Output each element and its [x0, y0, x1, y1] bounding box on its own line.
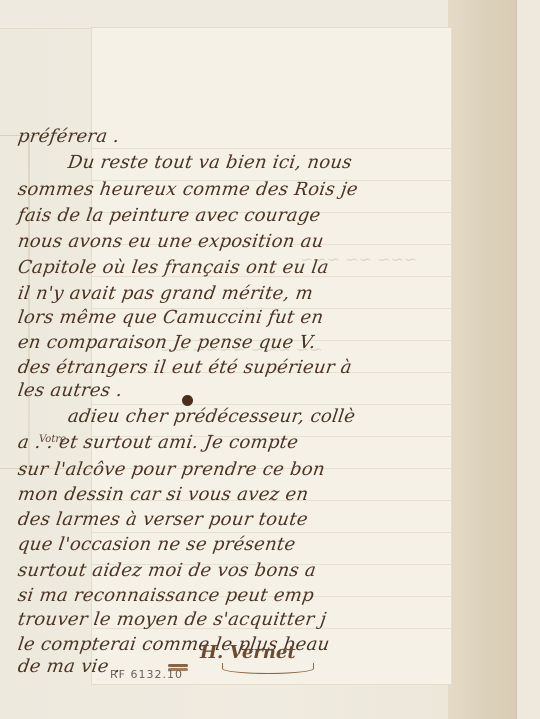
- letter-line: Du reste tout va bien ici, nous: [67, 152, 354, 173]
- letter-line: lors même que Camuccini fut en: [17, 307, 325, 328]
- inventory-number-stamp: RF 6132.10: [110, 668, 183, 681]
- letter-line: des étrangers il eut été supérieur à: [17, 357, 354, 378]
- letter-line: Capitole où les français ont eu la: [17, 257, 331, 278]
- letter-line: nous avons eu une exposition au: [17, 231, 326, 252]
- closing-dash-mark: [168, 664, 188, 667]
- letter-line: en comparaison Je pense que V.: [17, 332, 318, 353]
- letter-line: sommes heureux comme des Rois je: [17, 179, 360, 200]
- letter-line: sur l'alcôve pour prendre ce bon: [17, 459, 327, 480]
- letter-line: surtout aidez moi de vos bons a: [17, 560, 318, 581]
- letter-line: si ma reconnaissance peut emp: [17, 585, 316, 606]
- letter-line: mon dessin car si vous avez en: [17, 484, 310, 505]
- ink-blot: [182, 395, 193, 406]
- letter-line: les autres .: [17, 380, 124, 401]
- ruled-line: [92, 148, 451, 149]
- letter-line: de ma vie .: [17, 656, 123, 677]
- interlinear-insertion: Votre: [39, 434, 66, 445]
- signature: H. Vernet: [200, 642, 296, 663]
- letter-line: que l'occasion ne se présente: [17, 534, 297, 555]
- letter-line: trouver le moyen de s'acquitter j: [17, 609, 328, 630]
- signature-flourish: [222, 663, 314, 674]
- letter-line: des larmes à verser pour toute: [17, 509, 310, 530]
- letter-line: il n'y avait pas grand mérite, m: [17, 283, 315, 304]
- mount-edge-right: [516, 0, 540, 719]
- letter-line: adieu cher prédécesseur, collè: [67, 406, 357, 427]
- letter-line: fais de la peinture avec courage: [17, 205, 322, 226]
- mount-panel-right: [448, 0, 516, 719]
- letter-line: préférera .: [17, 126, 121, 147]
- ruled-line: [92, 532, 451, 533]
- ruled-line: [92, 404, 451, 405]
